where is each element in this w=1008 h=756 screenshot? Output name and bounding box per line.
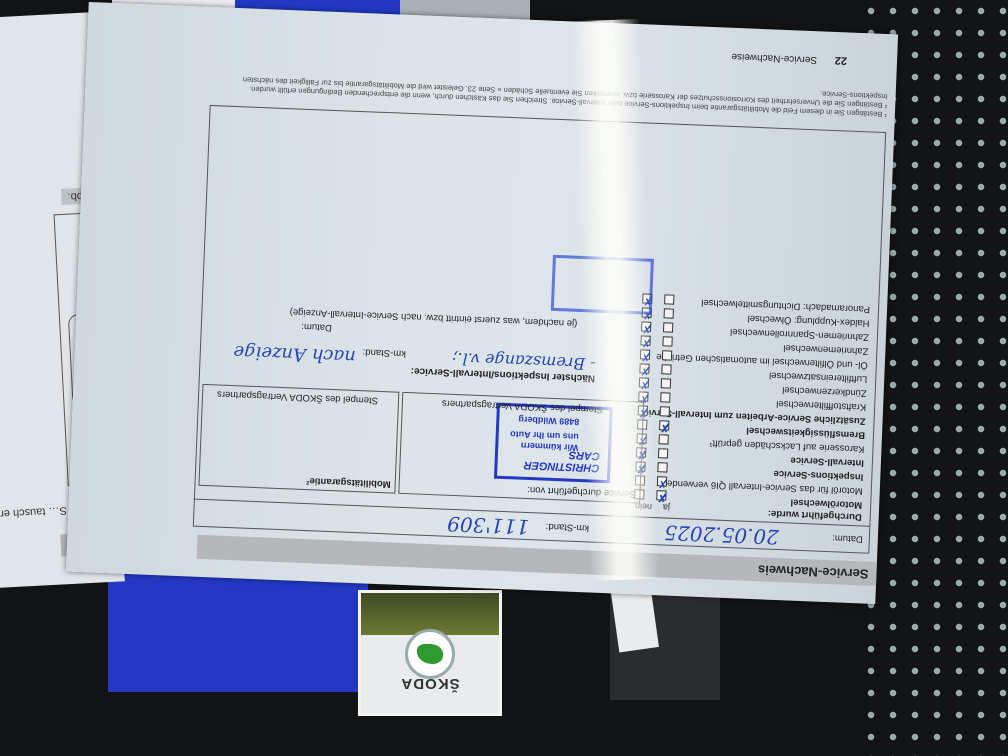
service-box-label: Service durchgeführt von:: [527, 484, 636, 499]
no-checkbox[interactable]: [640, 349, 650, 359]
dealer-stamp: CHRISTINGER CARS Wir kümmern uns um Ihr …: [494, 403, 613, 484]
yes-checkbox[interactable]: [662, 336, 672, 346]
mobility-guarantee-box: Mobilitätsgarantie² Stempel des ŠKODA Ve…: [198, 384, 399, 494]
no-checkbox[interactable]: [639, 363, 649, 373]
no-checkbox[interactable]: [640, 335, 650, 345]
yes-checkbox[interactable]: [664, 308, 674, 318]
no-checkbox[interactable]: [639, 377, 649, 387]
next-km-label: km-Stand:: [362, 346, 406, 359]
yes-checkbox[interactable]: [659, 420, 669, 430]
skoda-brand-text: ŠKODA: [361, 675, 499, 692]
running-header: Service-Nachweise: [731, 51, 817, 65]
next-service-note: (je nachdem, was zuerst eintritt bzw. na…: [290, 306, 578, 329]
service-form: Datum: 20.05.2025 km-Stand: 111'309 Durc…: [193, 105, 886, 554]
page-number: 22: [835, 54, 848, 66]
skoda-logo-icon: [405, 629, 455, 679]
stamp-line-3: 8489 Wildberg: [518, 415, 579, 427]
mobility-stamp: [551, 255, 654, 315]
yes-checkbox[interactable]: [660, 406, 670, 416]
km-value: 111'309: [447, 512, 530, 539]
mobility-box-label: Mobilitätsgarantie²: [306, 475, 391, 489]
mobility-box-footer: Stempel des ŠKODA Vertragspartners: [217, 388, 378, 405]
skoda-card: ŠKODA: [358, 590, 502, 716]
service-stamp-box: Service durchgeführt von: CHRISTINGER CA…: [398, 392, 644, 504]
no-checkbox[interactable]: [638, 391, 648, 401]
yes-checkbox[interactable]: [662, 350, 672, 360]
next-km-value: nach Anzeige: [233, 341, 356, 367]
yes-checkbox[interactable]: [657, 462, 667, 472]
section-title: Service-Nachweis: [758, 562, 869, 581]
next-date-label: Datum:: [301, 321, 332, 333]
date-value: 20.05.2025: [664, 521, 779, 550]
yes-checkbox[interactable]: [664, 294, 674, 304]
yes-checkbox[interactable]: [657, 476, 667, 486]
yes-checkbox[interactable]: [660, 392, 670, 402]
service-record-page: Service-Nachweis Datum: 20.05.2025 km-St…: [66, 2, 898, 604]
yes-checkbox[interactable]: [661, 378, 671, 388]
yes-checkbox[interactable]: [658, 434, 668, 444]
paper-strip: [611, 588, 659, 653]
km-label: km-Stand:: [546, 521, 590, 534]
yes-checkbox[interactable]: [661, 364, 671, 374]
yes-checkbox[interactable]: [658, 448, 668, 458]
yes-checkbox[interactable]: [656, 490, 666, 500]
no-checkbox[interactable]: [641, 321, 651, 331]
date-label: Datum:: [832, 532, 863, 544]
yes-checkbox[interactable]: [663, 322, 673, 332]
